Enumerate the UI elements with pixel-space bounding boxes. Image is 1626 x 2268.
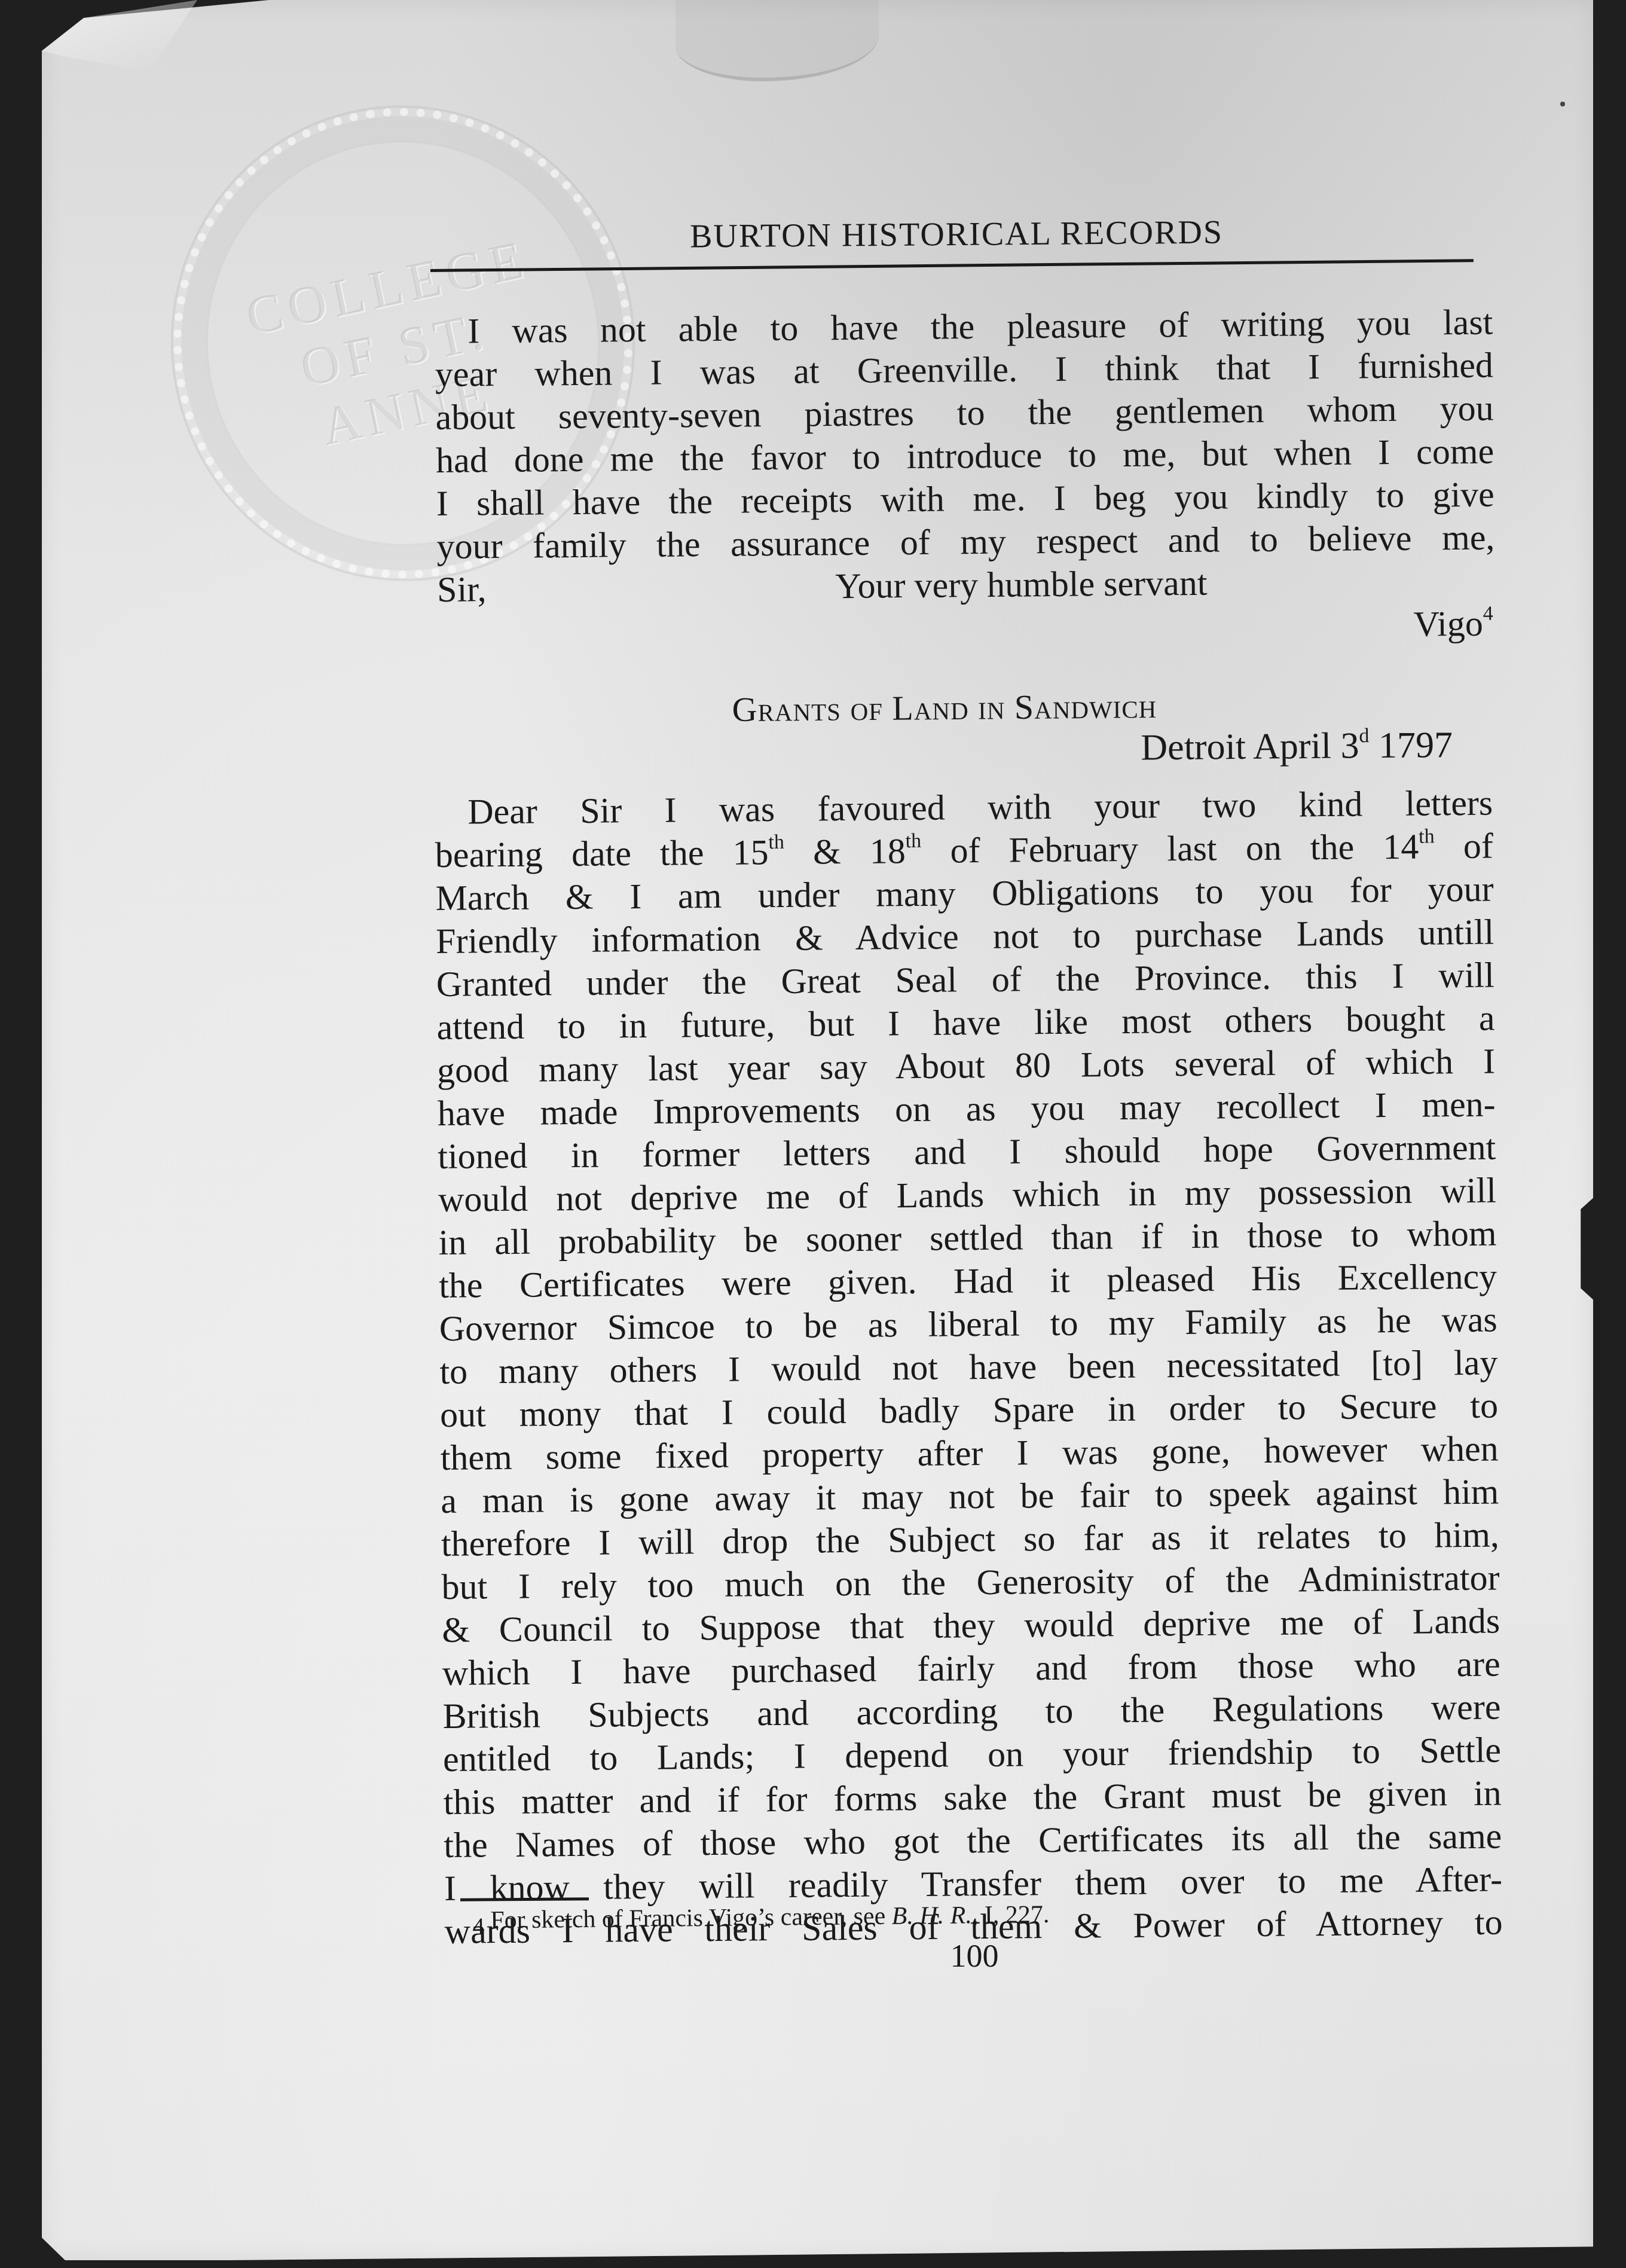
dateline: Detroit April 3d 1797 bbox=[897, 724, 1453, 771]
footnote-ref[interactable]: 4 bbox=[1483, 603, 1493, 625]
footnote-number: 4 bbox=[472, 1913, 484, 1940]
section-heading: Grants of Land in Sandwich bbox=[646, 685, 1244, 731]
page-number: 100 bbox=[933, 1937, 1016, 1974]
footnote-citation: B. H. R. bbox=[891, 1901, 972, 1930]
letter-lines: March & I am under many Obligations to y… bbox=[435, 868, 1503, 1953]
signature-name: Vigo bbox=[1413, 604, 1483, 644]
ink-speck bbox=[1560, 102, 1565, 106]
letter-vigo-closing: Your very humble servant Vigo4 bbox=[435, 559, 1493, 654]
footnote-citation-rest: , I, 227. bbox=[972, 1901, 1050, 1929]
footnote: 4For sketch of Francis Vigo’s career, se… bbox=[472, 1900, 1050, 1935]
footnote-text: For sketch of Francis Vigo’s career, see bbox=[490, 1903, 892, 1934]
letter-sandwich-body: Dear Sir I was favoured with your two ki… bbox=[435, 782, 1503, 1953]
running-header: BURTON HISTORICAL RECORDS bbox=[598, 212, 1315, 256]
